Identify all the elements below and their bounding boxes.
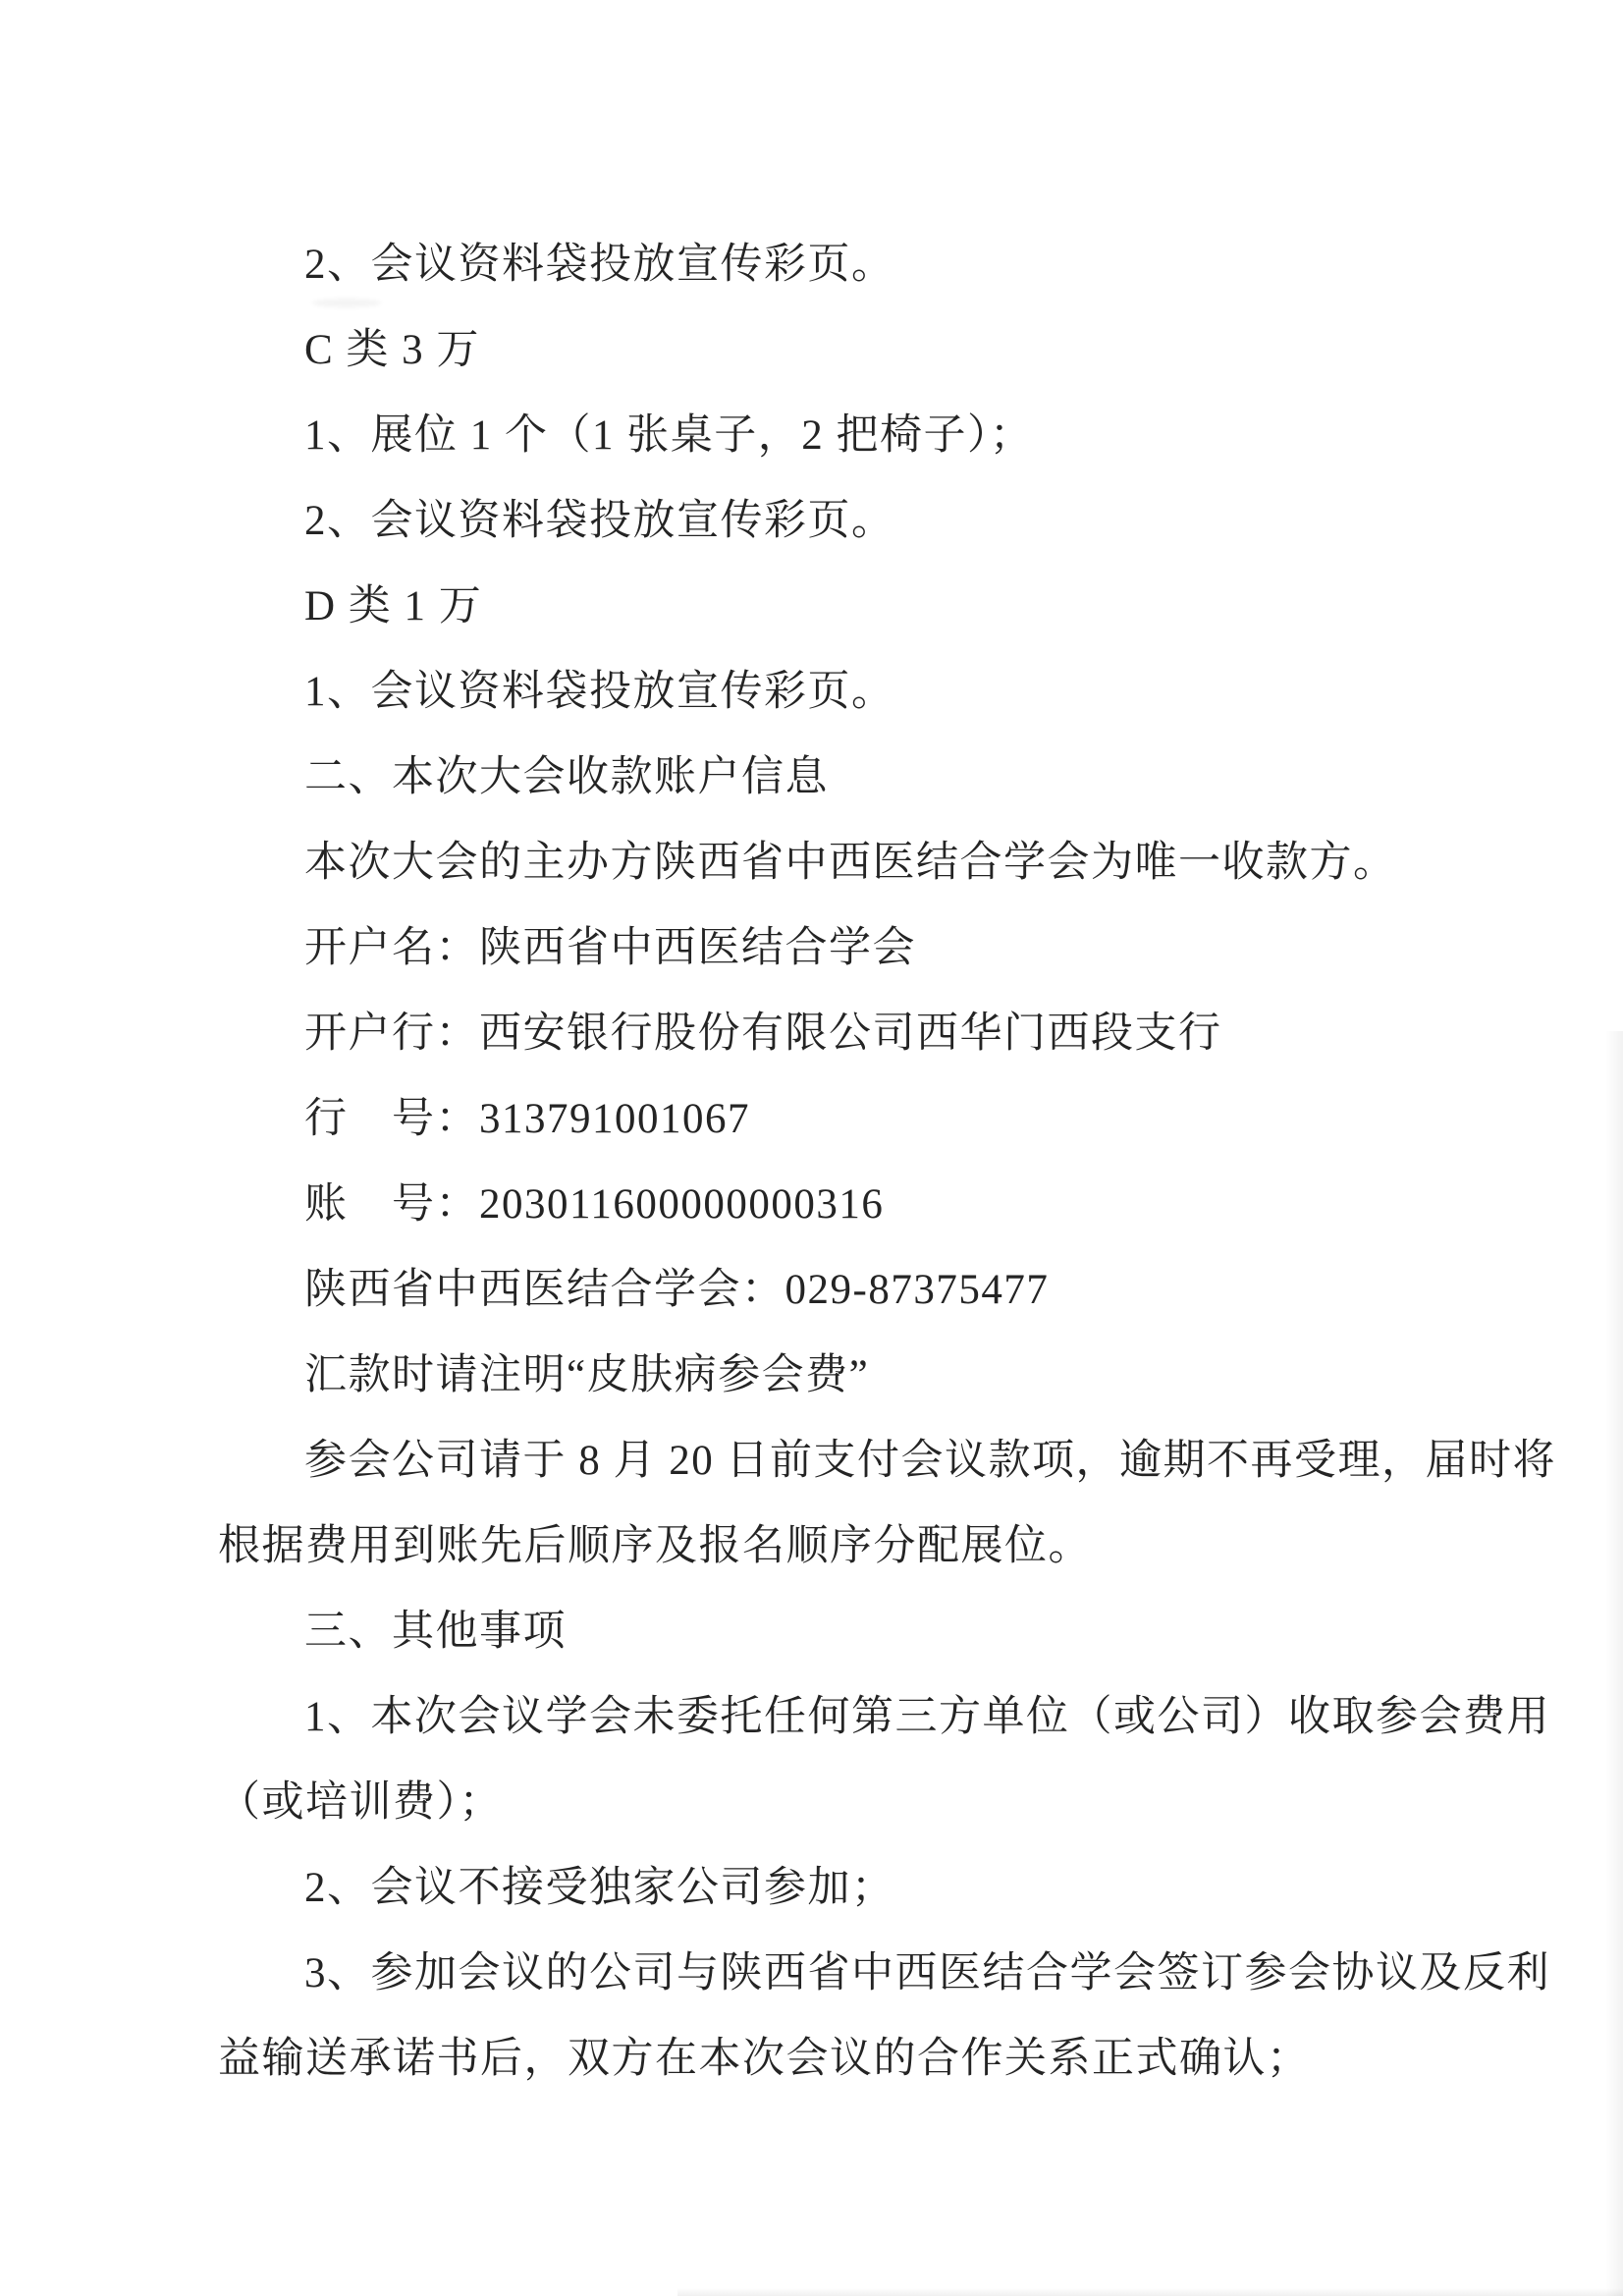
scan-smudge xyxy=(312,299,381,307)
document-line: 1、展位 1 个（1 张桌子，2 把椅子）； xyxy=(218,393,1593,478)
document-line-bank-number: 行 号：313791001067 xyxy=(218,1076,1593,1162)
document-line: 2、会议资料袋投放宣传彩页。 xyxy=(218,478,1593,564)
document-line: 3、参加会议的公司与陕西省中西医结合学会签订参会协议及反利 xyxy=(218,1931,1593,2016)
document-body: 2、会议资料袋投放宣传彩页。 C 类 3 万 1、展位 1 个（1 张桌子，2 … xyxy=(218,222,1593,2102)
scan-edge-artifact-bottom xyxy=(677,2288,1623,2296)
document-line-bank-name: 开户行：西安银行股份有限公司西华门西段支行 xyxy=(218,991,1593,1076)
document-line-account-number: 账 号：203011600000000316 xyxy=(218,1162,1593,1247)
scan-edge-artifact-right xyxy=(1605,1031,1623,2296)
document-line: 根据费用到账先后顺序及报名顺序分配展位。 xyxy=(218,1503,1593,1589)
document-line: 参会公司请于 8 月 20 日前支付会议款项，逾期不再受理，届时将 xyxy=(218,1418,1593,1503)
document-line: 汇款时请注明“皮肤病参会费” xyxy=(218,1333,1593,1418)
document-line: C 类 3 万 xyxy=(218,307,1593,393)
document-line: 本次大会的主办方陕西省中西医结合学会为唯一收款方。 xyxy=(218,820,1593,905)
document-line-account-name: 开户名：陕西省中西医结合学会 xyxy=(218,905,1593,991)
document-line: 1、会议资料袋投放宣传彩页。 xyxy=(218,649,1593,735)
document-line: （或培训费）； xyxy=(218,1760,1593,1845)
document-line: D 类 1 万 xyxy=(218,564,1593,649)
document-line: 2、会议不接受独家公司参加； xyxy=(218,1845,1593,1931)
document-page: 2、会议资料袋投放宣传彩页。 C 类 3 万 1、展位 1 个（1 张桌子，2 … xyxy=(0,0,1623,2296)
document-line: 2、会议资料袋投放宣传彩页。 xyxy=(218,222,1593,307)
document-line: 益输送承诺书后，双方在本次会议的合作关系正式确认； xyxy=(218,2016,1593,2102)
document-line-section-heading: 三、其他事项 xyxy=(218,1589,1593,1674)
document-line-section-heading: 二、本次大会收款账户信息 xyxy=(218,735,1593,820)
document-line: 1、本次会议学会未委托任何第三方单位（或公司）收取参会费用 xyxy=(218,1674,1593,1760)
document-line-phone: 陕西省中西医结合学会：029-87375477 xyxy=(218,1247,1593,1333)
